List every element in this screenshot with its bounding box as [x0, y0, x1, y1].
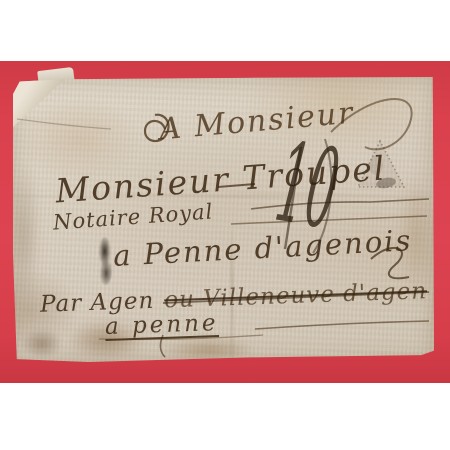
corner-fold: [13, 77, 67, 127]
paper-stain: [21, 329, 63, 359]
white-strip-bottom: [0, 383, 450, 450]
address-line-note: a penne: [105, 312, 219, 339]
letter-sheet: A Monsieur Monsieur Troupel Notaire Roya…: [13, 77, 434, 362]
route-struck-text: ou Villeneuve d'agen: [164, 280, 428, 312]
address-line-route: Par Agen ou Villeneuve d'agen: [40, 280, 428, 316]
white-strip-top: [0, 0, 450, 61]
address-line-destination: a Penne d'agenois: [112, 226, 413, 271]
photo-backdrop: A Monsieur Monsieur Troupel Notaire Roya…: [0, 0, 450, 450]
ink-blot: [98, 237, 113, 285]
